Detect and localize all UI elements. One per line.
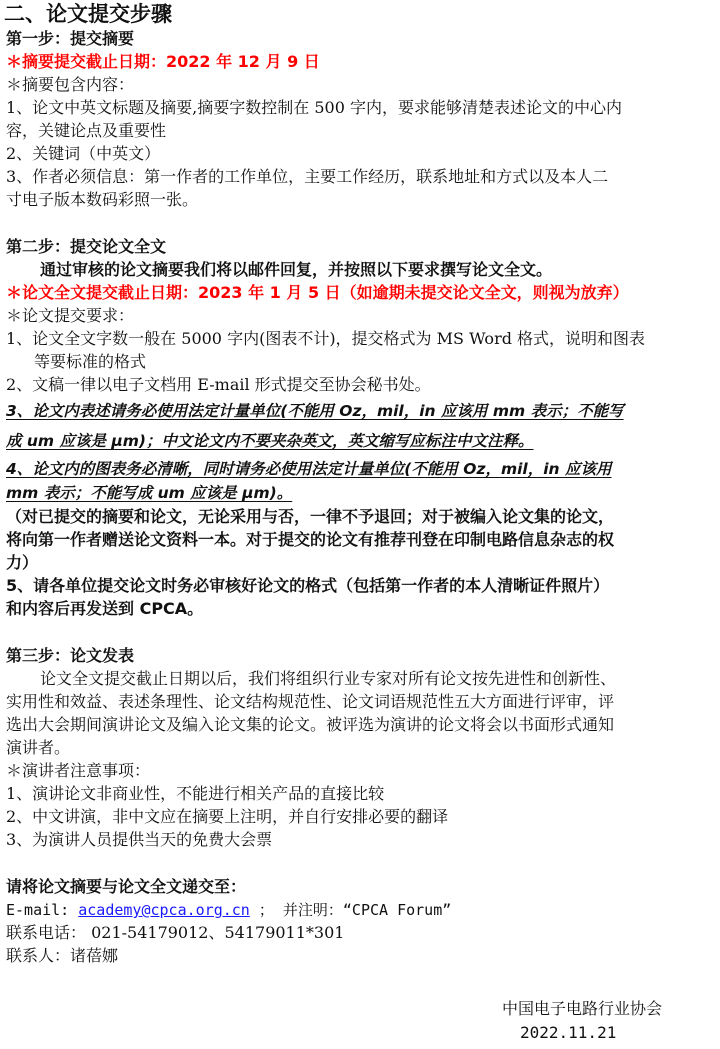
email-label: E-mail: <box>6 901 78 919</box>
note-line: （对已提交的摘要和论文，无论采用与否，一律不予退回；对于被编入论文集的论文， <box>6 506 614 528</box>
speaker-note: 2、中文讲演，非中文应在摘要上注明，并自行安排必要的翻译 <box>6 806 448 828</box>
requirement-2: 2、文稿一律以电子文档用 E-mail 形式提交至协会秘书处。 <box>6 374 431 396</box>
phone-line: 联系电话： 021-54179012、54179011*301 <box>6 922 344 944</box>
signature-date: 2022.11.21 <box>520 1022 616 1044</box>
requirement-4-cont: mm 表示；不能写成 um 应该是 μm)。 <box>6 482 292 504</box>
contact-heading: 请将论文摘要与论文全文递交至： <box>6 876 246 898</box>
requirement-1: 1、论文全文字数一般在 5000 字内(图表不计)，提交格式为 MS Word … <box>6 328 645 350</box>
step1-item: 3、作者必须信息：第一作者的工作单位，主要工作经历，联系地址和方式以及本人二 <box>6 166 608 188</box>
speaker-note: 1、演讲论文非商业性，不能进行相关产品的直接比较 <box>6 783 384 805</box>
section-title: 二、论文提交步骤 <box>4 1 172 27</box>
step3-heading: 第三步：论文发表 <box>6 645 134 667</box>
step1-item: 2、关键词（中英文） <box>6 143 160 165</box>
step2-heading: 第二步：提交论文全文 <box>6 236 166 258</box>
step3-paragraph: 论文全文提交截止日期以后，我们将组织行业专家对所有论文按先进性和创新性、 <box>40 668 616 690</box>
document-page: 二、论文提交步骤 第一步：提交摘要 ＊摘要提交截止日期：2022 年 12 月 … <box>0 0 720 1049</box>
requirement-5-cont: 和内容后再发送到 CPCA。 <box>6 598 203 620</box>
step2-deadline: ＊论文全文提交截止日期：2023 年 1 月 5 日（如逾期未提交论文全文，则视… <box>6 282 629 304</box>
step1-heading: 第一步：提交摘要 <box>6 28 134 50</box>
requirement-1-cont: 等要标准的格式 <box>34 351 146 373</box>
requirement-3-cont: 成 um 应该是 μm)；中文论文内不要夹杂英文，英文缩写应标注中文注释。 <box>6 430 534 452</box>
email-line: E-mail: academy@cpca.org.cn ； 并注明：“CPCA … <box>6 899 451 921</box>
step1-item: 1、论文中英文标题及摘要,摘要字数控制在 500 字内，要求能够清楚表述论文的中… <box>6 97 622 119</box>
contact-person: 联系人：诸蓓娜 <box>6 945 118 967</box>
signature-org: 中国电子电路行业协会 <box>502 998 662 1020</box>
step3-paragraph: 演讲者。 <box>6 737 70 759</box>
step3-paragraph: 实用性和效益、表述条理性、论文结构规范性、论文词语规范性五大方面进行评审，评 <box>6 691 614 713</box>
step1-deadline: ＊摘要提交截止日期：2022 年 12 月 9 日 <box>6 51 320 73</box>
step2-requirements-label: ＊论文提交要求： <box>6 305 134 327</box>
step3-notes-label: ＊演讲者注意事项： <box>6 760 150 782</box>
note-line: 力） <box>6 552 38 574</box>
email-suffix: ； 并注明：“CPCA Forum” <box>250 901 451 919</box>
step2-intro: 通过审核的论文摘要我们将以邮件回复，并按照以下要求撰写论文全文。 <box>40 259 552 281</box>
speaker-note: 3、为演讲人员提供当天的免费大会票 <box>6 829 272 851</box>
requirement-3: 3、论文内表述请务必使用法定计量单位(不能用 Oz，mil，in 应该用 mm … <box>6 400 624 422</box>
email-link[interactable]: academy@cpca.org.cn <box>78 901 250 919</box>
step3-paragraph: 选出大会期间演讲论文及编入论文集的论文。被评选为演讲的论文将会以书面形式通知 <box>6 714 614 736</box>
step1-contents-label: ＊摘要包含内容： <box>6 74 134 96</box>
requirement-4: 4、论文内的图表务必清晰，同时请务必使用法定计量单位(不能用 Oz，mil，in… <box>6 458 612 480</box>
step1-item: 寸电子版本数码彩照一张。 <box>6 189 198 211</box>
requirement-5: 5、请各单位提交论文时务必审核好论文的格式（包括第一作者的本人清晰证件照片） <box>6 575 609 597</box>
note-line: 将向第一作者赠送论文资料一本。对于提交的论文有推荐刊登在印制电路信息杂志的权 <box>6 529 614 551</box>
step1-item: 容，关键论点及重要性 <box>6 120 166 142</box>
